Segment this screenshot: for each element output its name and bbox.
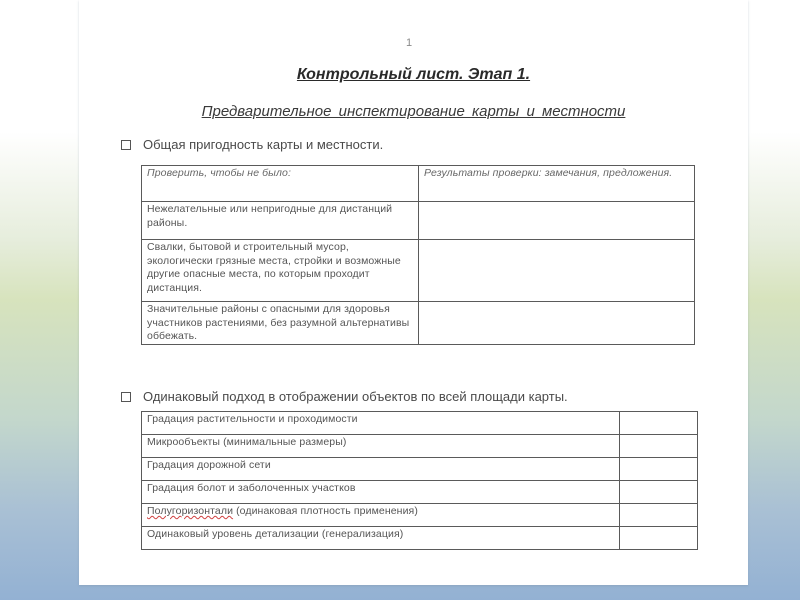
criterion-text: (одинаковая плотность применения) xyxy=(233,505,418,517)
criterion-cell: Микрообъекты (минимальные размеры) xyxy=(142,435,620,458)
check-item-cell: Свалки, бытовой и строительный мусор, эк… xyxy=(142,240,419,302)
checkbox-icon[interactable] xyxy=(121,140,131,150)
table-row: Значительные районы с опасными для здоро… xyxy=(142,302,695,345)
section1-heading-text: Общая пригодность карты и местности. xyxy=(143,137,383,152)
mark-cell[interactable] xyxy=(620,481,698,504)
page-number: 1 xyxy=(406,37,412,49)
criterion-cell: Одинаковый уровень детализации (генерали… xyxy=(142,527,620,550)
criterion-cell: Градация болот и заболоченных участков xyxy=(142,481,620,504)
criterion-cell: Полугоризонтали (одинаковая плотность пр… xyxy=(142,504,620,527)
check-item-cell: Значительные районы с опасными для здоро… xyxy=(142,302,419,345)
section2-heading: Одинаковый подход в отображении объектов… xyxy=(121,389,568,404)
misspelled-word: Полугоризонтали xyxy=(147,505,233,517)
table-row: Градация болот и заболоченных участков xyxy=(142,481,698,504)
mark-cell[interactable] xyxy=(620,527,698,550)
consistency-table: Градация растительности и проходимости М… xyxy=(141,411,698,550)
result-cell[interactable] xyxy=(419,302,695,345)
checkbox-icon[interactable] xyxy=(121,392,131,402)
section1-heading: Общая пригодность карты и местности. xyxy=(121,137,383,152)
document-page: 1 Контрольный лист. Этап 1. Предваритель… xyxy=(79,0,748,585)
table-row: Микрообъекты (минимальные размеры) xyxy=(142,435,698,458)
criterion-cell: Градация растительности и проходимости xyxy=(142,412,620,435)
document-title: Контрольный лист. Этап 1. xyxy=(79,66,748,84)
table-row: Полугоризонтали (одинаковая плотность пр… xyxy=(142,504,698,527)
section2-heading-text: Одинаковый подход в отображении объектов… xyxy=(143,389,568,404)
table-row: Градация дорожной сети xyxy=(142,458,698,481)
table-row: Нежелательные или непригодные для дистан… xyxy=(142,202,695,240)
mark-cell[interactable] xyxy=(620,504,698,527)
mark-cell[interactable] xyxy=(620,412,698,435)
mark-cell[interactable] xyxy=(620,435,698,458)
inspection-table: Проверить, чтобы не было: Результаты про… xyxy=(141,165,695,345)
header-check-item: Проверить, чтобы не было: xyxy=(142,166,419,202)
table-header-row: Проверить, чтобы не было: Результаты про… xyxy=(142,166,695,202)
result-cell[interactable] xyxy=(419,240,695,302)
result-cell[interactable] xyxy=(419,202,695,240)
check-item-cell: Нежелательные или непригодные для дистан… xyxy=(142,202,419,240)
header-results: Результаты проверки: замечания, предложе… xyxy=(419,166,695,202)
table-row: Градация растительности и проходимости xyxy=(142,412,698,435)
table-row: Одинаковый уровень детализации (генерали… xyxy=(142,527,698,550)
document-subtitle: Предварительное инспектирование карты и … xyxy=(79,103,748,120)
table-row: Свалки, бытовой и строительный мусор, эк… xyxy=(142,240,695,302)
criterion-cell: Градация дорожной сети xyxy=(142,458,620,481)
mark-cell[interactable] xyxy=(620,458,698,481)
